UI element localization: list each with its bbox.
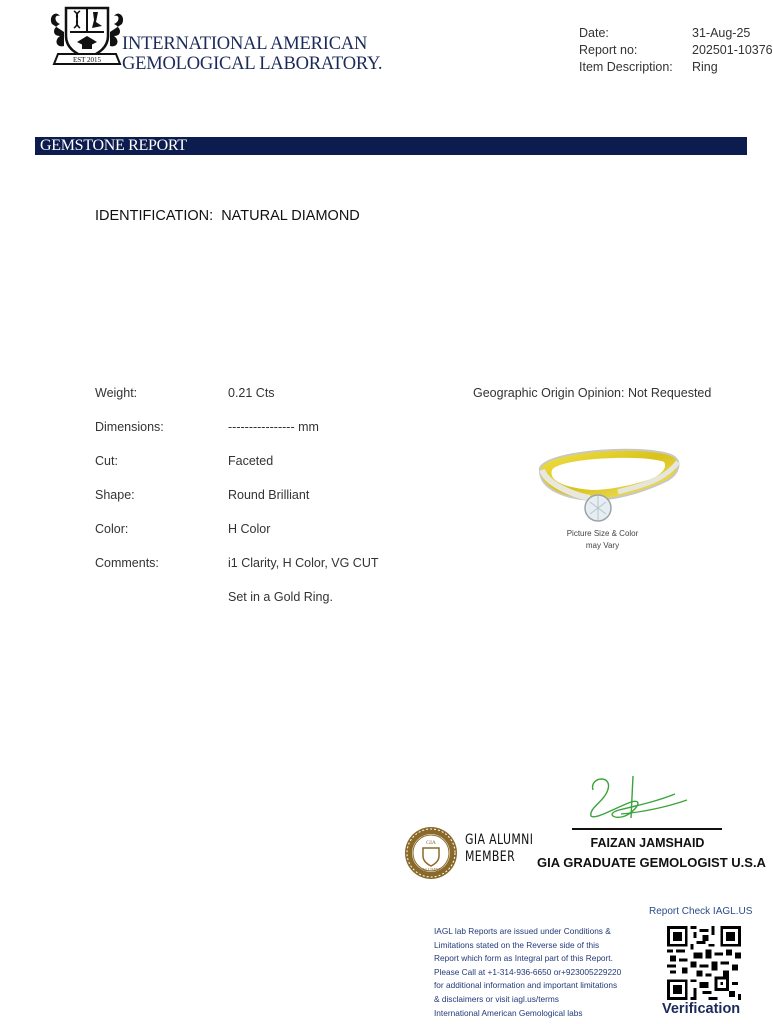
detail-label: Weight: [95, 386, 228, 400]
org-name-line2: GEMOLOGICAL LABORATORY. [122, 54, 382, 74]
detail-row-color: Color: H Color [95, 522, 379, 556]
meta-row-report-no: Report no: 202501-10376 [579, 42, 773, 59]
qr-code-icon[interactable] [667, 926, 741, 1000]
detail-value: H Color [228, 522, 270, 536]
detail-label: Shape: [95, 488, 228, 502]
detail-label: Dimensions: [95, 420, 228, 434]
detail-row-shape: Shape: Round Brilliant [95, 488, 379, 522]
disclaimer: IAGL lab Reports are issued under Condit… [434, 925, 621, 1020]
disclaimer-line: & disclaimers or visit iagl.us/terms [434, 993, 621, 1007]
crest-logo-icon: EST 2015 [48, 2, 126, 72]
signature-icon [575, 772, 695, 827]
gia-text-line1: GIA ALUMNI [465, 832, 533, 849]
org-name-line1: INTERNATIONAL AMERICAN [122, 34, 382, 54]
detail-label: Cut: [95, 454, 228, 468]
identification: IDENTIFICATION: NATURAL DIAMOND [95, 208, 360, 224]
disclaimer-line: Report which form as Integral part of th… [434, 952, 621, 966]
detail-row-weight: Weight: 0.21 Cts [95, 386, 379, 420]
detail-label: Color: [95, 522, 228, 536]
detail-value: i1 Clarity, H Color, VG CUT [228, 556, 379, 570]
detail-row-cut: Cut: Faceted [95, 454, 379, 488]
signature-line [572, 828, 722, 830]
image-caption: Picture Size & Color may Vary [540, 528, 665, 552]
svg-text:ALUMNI: ALUMNI [422, 867, 440, 872]
detail-value: 0.21 Cts [228, 386, 275, 400]
disclaimer-line: for additional information and important… [434, 979, 621, 993]
organization-name: INTERNATIONAL AMERICAN GEMOLOGICAL LABOR… [122, 34, 382, 74]
meta-row-item-description: Item Description: Ring [579, 59, 773, 76]
banner-title: GEMSTONE REPORT [40, 137, 187, 155]
disclaimer-line: IAGL lab Reports are issued under Condit… [434, 925, 621, 939]
gia-alumni-member: GIA ALUMNI MEMBER [465, 832, 533, 866]
meta-label: Report no: [579, 42, 692, 59]
detail-value: Round Brilliant [228, 488, 309, 502]
meta-row-date: Date: 31-Aug-25 [579, 25, 773, 42]
report-banner: GEMSTONE REPORT [35, 137, 747, 155]
meta-value: 202501-10376 [692, 42, 773, 59]
meta-label: Date: [579, 25, 692, 42]
signer-title: GIA GRADUATE GEMOLOGIST U.S.A [537, 855, 766, 870]
details-table: Weight: 0.21 Cts Dimensions: -----------… [95, 386, 379, 624]
verification-label: Verification [662, 1001, 740, 1017]
detail-value: Set in a Gold Ring. [228, 590, 333, 604]
meta-label: Item Description: [579, 59, 692, 76]
meta-value: Ring [692, 59, 718, 76]
svg-text:EST 2015: EST 2015 [73, 56, 102, 64]
gia-alumni-seal-icon: GIA ALUMNI [404, 826, 458, 880]
disclaimer-line: International American Gemological labs [434, 1007, 621, 1021]
detail-row-comments: Comments: i1 Clarity, H Color, VG CUT [95, 556, 379, 590]
detail-value: Faceted [228, 454, 273, 468]
disclaimer-line: Please Call at +1-314-936-6650 or+923005… [434, 966, 621, 980]
report-meta: Date: 31-Aug-25 Report no: 202501-10376 … [579, 25, 773, 76]
detail-label: Comments: [95, 556, 228, 570]
caption-line1: Picture Size & Color [540, 528, 665, 540]
signer-name: FAIZAN JAMSHAID [545, 836, 750, 850]
detail-row-dimensions: Dimensions: ---------------- mm [95, 420, 379, 454]
ring-photo [528, 430, 698, 530]
disclaimer-line: Limitations stated on the Reverse side o… [434, 939, 621, 953]
detail-value: ---------------- mm [228, 420, 319, 434]
svg-text:GIA: GIA [426, 840, 436, 846]
caption-line2: may Vary [540, 540, 665, 552]
meta-value: 31-Aug-25 [692, 25, 750, 42]
gia-text-line2: MEMBER [465, 849, 533, 866]
report-check-label: Report Check IAGL.US [649, 906, 752, 917]
geographic-origin: Geographic Origin Opinion: Not Requested [473, 386, 711, 400]
detail-row-comments-continued: Set in a Gold Ring. [95, 590, 379, 624]
